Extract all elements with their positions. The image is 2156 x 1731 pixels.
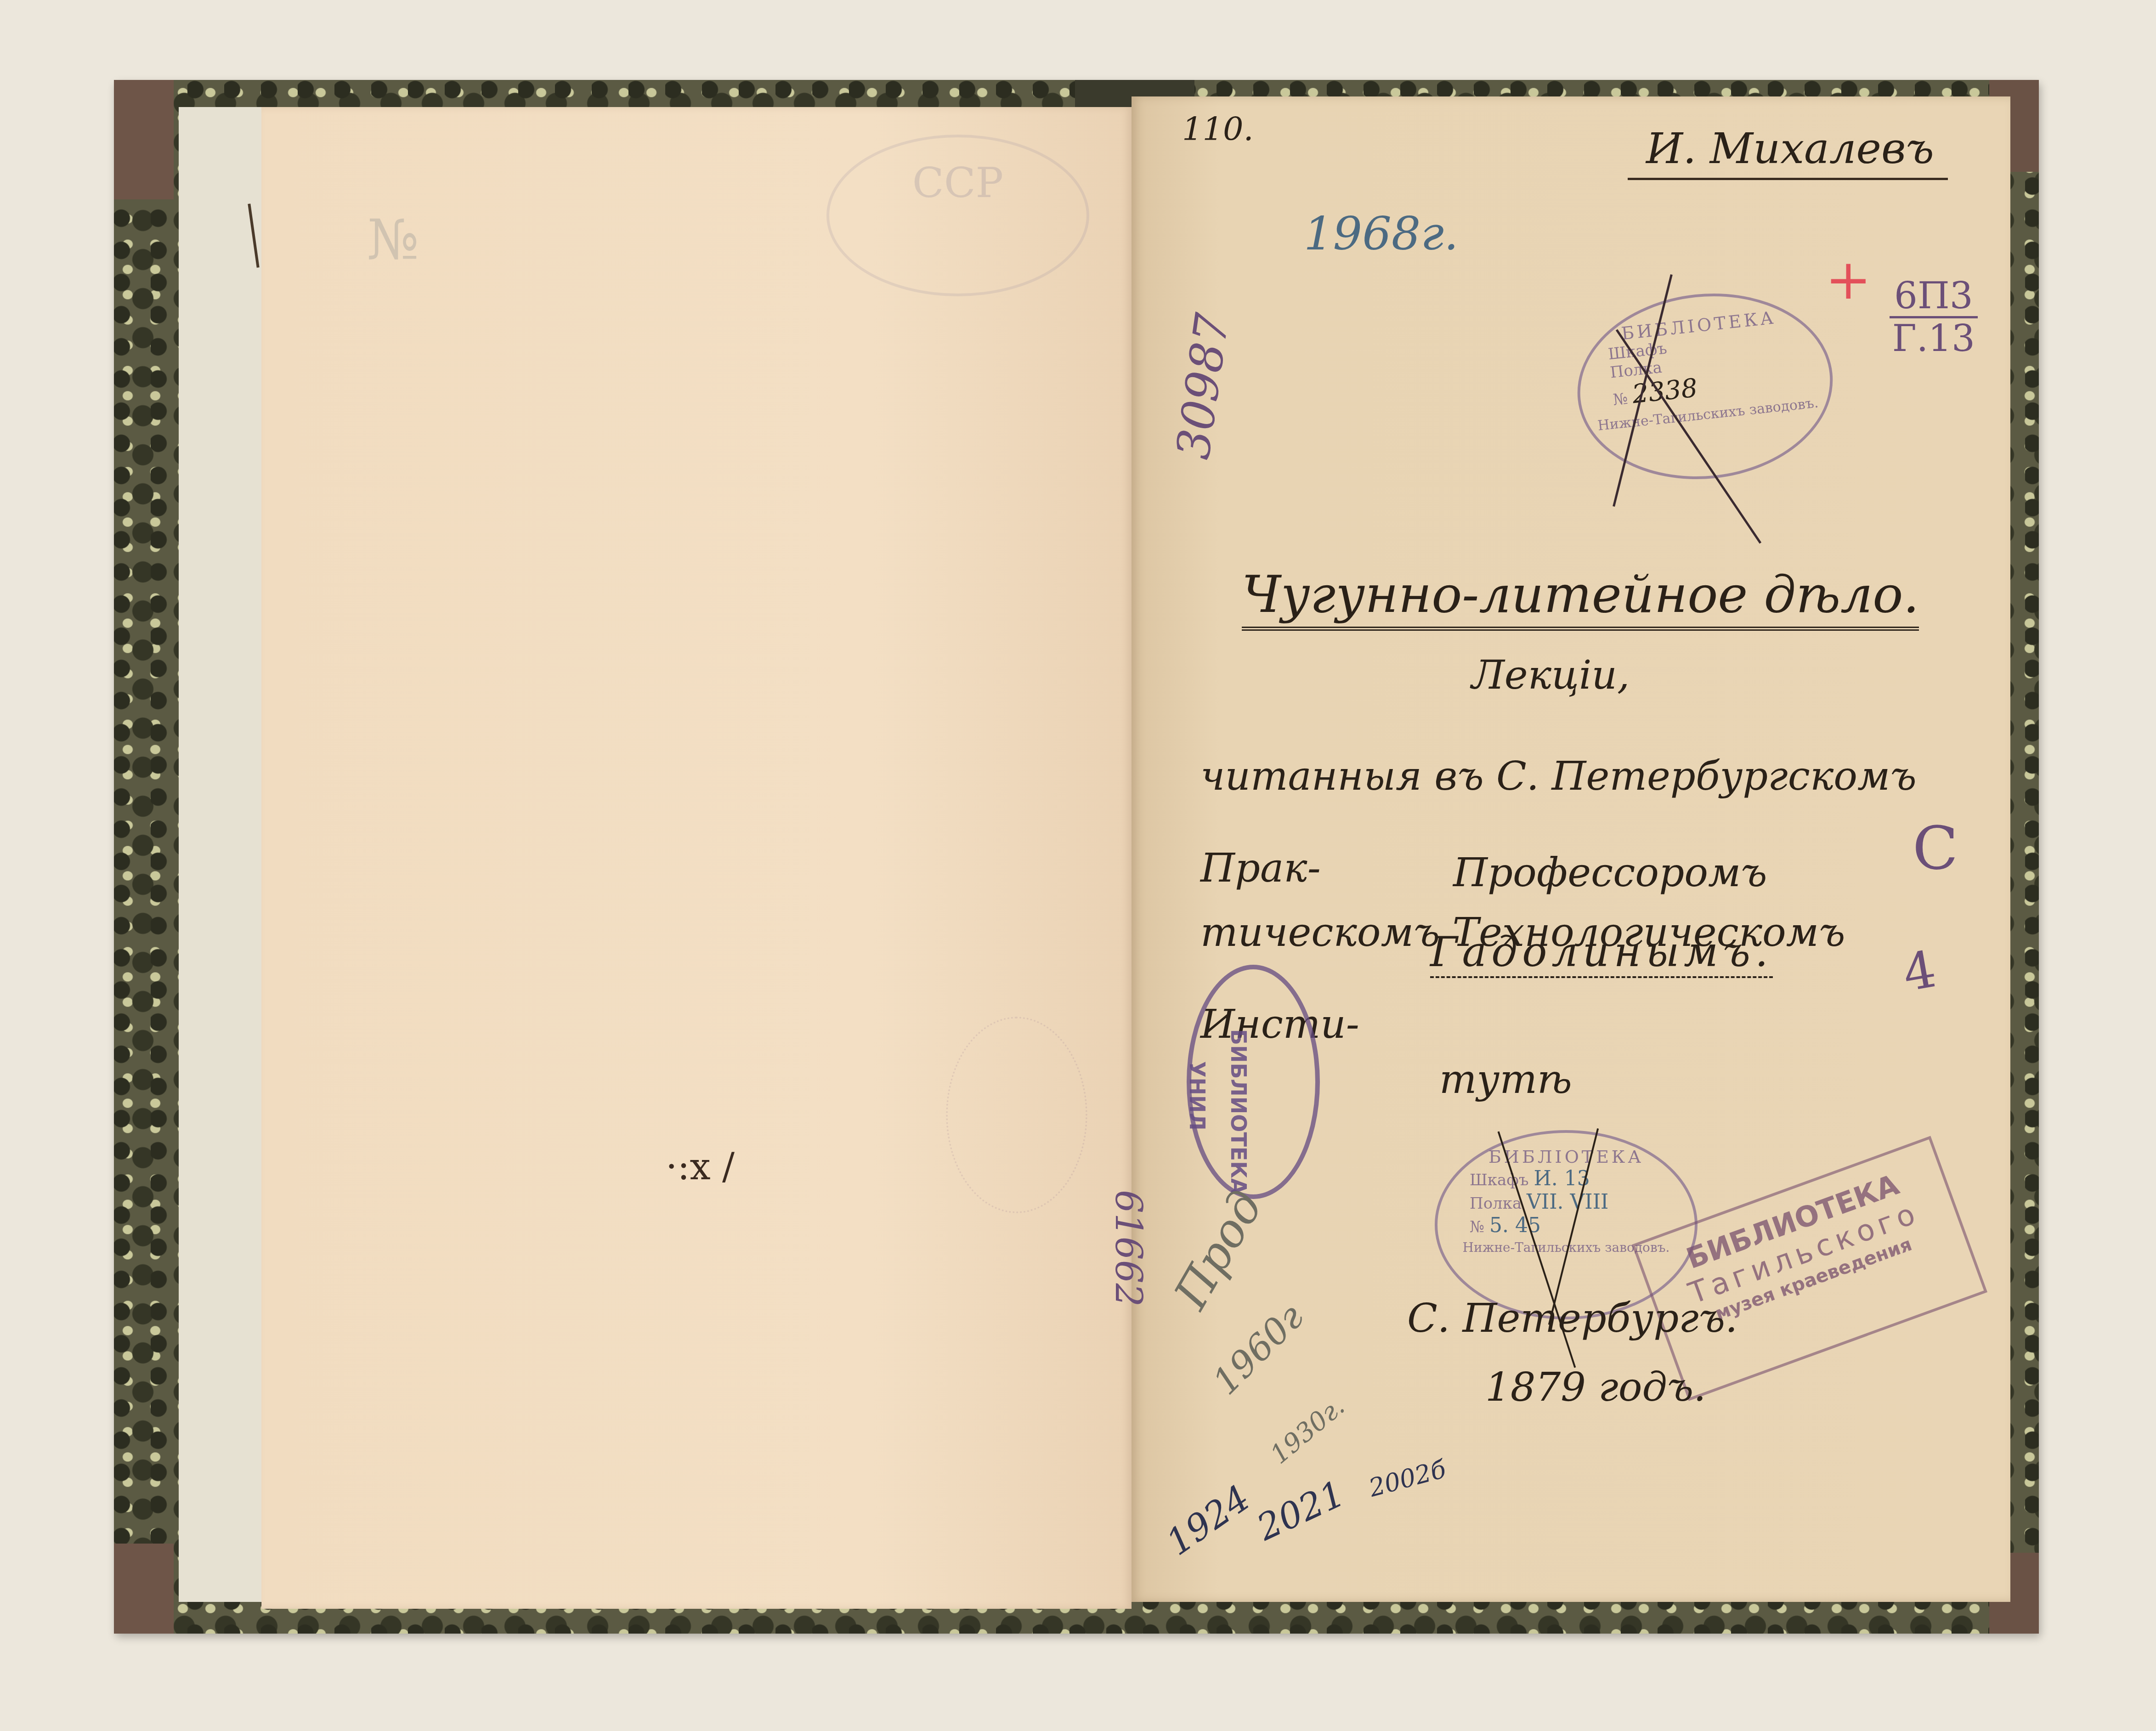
book-title: Чугунно-литейное дѣло. (1242, 565, 1919, 631)
publication-year: 1879 годъ. (1485, 1364, 1706, 1410)
pencil-note: Прод (1164, 1182, 1273, 1318)
left-page: ССР № ·:x / (261, 107, 1132, 1609)
inventory-number: 30987 (1166, 310, 1239, 462)
faint-stamp-ghost: ССР (826, 135, 1089, 296)
city: С. Петербургъ. (1407, 1295, 1737, 1341)
stamp-row: № 5. 45 (1437, 1214, 1695, 1237)
stamp-title: БИБЛIОТЕКА (1437, 1147, 1695, 1167)
bottom-note: 1924 (1159, 1477, 1257, 1564)
year-note: 1968г. (1304, 207, 1459, 260)
margin-letter: С (1913, 813, 1958, 883)
owner-signature: И. Михалевъ (1628, 124, 1948, 180)
pencil-note: 1960г (1205, 1296, 1312, 1403)
subtitle: Лекцiи, (1471, 652, 1630, 698)
page-number: 110. (1182, 110, 1254, 148)
bottom-note: 2021 (1251, 1473, 1351, 1549)
library-stamp-vertical: УНИЛ БИБЛИОТЕКА (1187, 965, 1320, 1199)
flyleaf (179, 107, 264, 1602)
author-name: Гадолинымъ. (1430, 928, 1773, 978)
vertical-stamp-text: БИБЛИОТЕКА (1226, 1029, 1251, 1194)
stamp-row: Полка VII. VIII (1437, 1190, 1695, 1214)
vertical-stamp-text: УНИЛ (1185, 1061, 1210, 1131)
pencil-note: 1930г. (1265, 1392, 1350, 1470)
red-cross-mark: + (1825, 248, 1872, 312)
author-prefix: Профессоромъ (1453, 850, 1767, 896)
smudge-marks: ·:x / (666, 1145, 735, 1188)
shelf-mark: 6П3 Г.13 (1890, 276, 1978, 359)
pencil-mark: № (367, 208, 419, 272)
faint-oval-ghost (946, 1017, 1087, 1213)
shelf-mark-bottom: Г.13 (1890, 318, 1978, 359)
cover-cloth-corner (114, 1544, 174, 1634)
shelf-mark-top: 6П3 (1890, 276, 1978, 318)
stamp-row: Шкафъ И. 13 (1437, 1167, 1695, 1190)
inventory-number-2: 61662 (1107, 1190, 1150, 1307)
ink-stroke (248, 204, 259, 267)
cover-cloth-corner (114, 80, 174, 199)
title-page: 110. И. Михалевъ 1968г. 30987 + 6П3 Г.13… (1132, 96, 2010, 1602)
bottom-note: 2002б (1366, 1454, 1449, 1503)
